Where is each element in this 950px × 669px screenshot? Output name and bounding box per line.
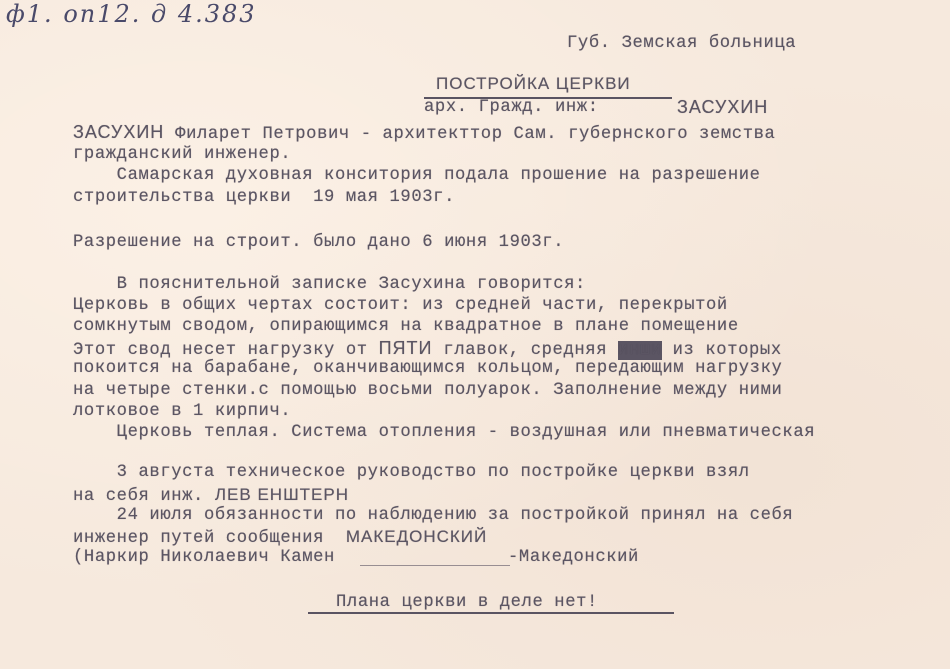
body-line-15: на себя инж. ЛЕВ ЕНШТЕРН (73, 485, 349, 506)
body-line-17-text: инженер путей сообщения (73, 529, 346, 548)
body-line-14: 3 августа техническое руководство по пос… (73, 463, 750, 482)
body-line-5: Разрешение на строит. было дано 6 июня 1… (73, 233, 564, 252)
body-line-9-caps: ПЯТИ (379, 338, 433, 358)
struck-through-word: инши (618, 341, 662, 360)
body-line-1-text: Филарет Петрович - архитекттор Сам. губе… (164, 125, 775, 144)
document-title: ПОСТРОЙКА ЦЕРКВИ (436, 74, 631, 94)
engineer-name-makedonsky: МАКЕДОНСКИЙ (346, 527, 487, 546)
body-line-12: лотковое в 1 кирпич. (73, 402, 291, 421)
institution-header: Губ. Земская больница (567, 34, 796, 53)
body-line-11: на четыре стенки.с помощью восьми полуар… (73, 381, 782, 400)
body-line-17: инженер путей сообщения МАКЕДОНСКИЙ (73, 527, 487, 548)
architect-label: арх. Гражд. инж: (424, 98, 599, 117)
body-line-9-text-a: Этот свод несет нагрузку от (73, 341, 379, 360)
body-line-7: Церковь в общих чертах состоит: из средн… (73, 296, 728, 315)
footer-note: Плана церкви в деле нет! (336, 593, 598, 612)
handwritten-archive-reference: ф1. оп12. д 4.383 (6, 0, 257, 28)
body-line-13: Церковь теплая. Система отопления - возд… (73, 423, 815, 442)
body-line-8: сомкнутым сводом, опирающимся на квадрат… (73, 317, 739, 336)
body-line-18a: (Наркир Николаевич Камен (73, 548, 335, 567)
blank-line-rule (360, 565, 510, 566)
architect-name: ЗАСУХИН (677, 97, 768, 118)
body-line-1: ЗАСУХИН Филарет Петрович - архитекттор С… (73, 122, 775, 144)
body-line-2: гражданский инженер. (73, 145, 291, 164)
body-line-16: 24 июля обязанности по наблюдению за пос… (73, 506, 793, 525)
body-line-15-text: на себя инж. (73, 487, 215, 506)
architect-surname: ЗАСУХИН (73, 122, 164, 142)
body-line-18b: -Македонский (508, 548, 639, 567)
body-line-9-text-b: главок, средняя (432, 341, 618, 360)
body-line-9-text-c: из которых (662, 341, 782, 360)
body-line-4: строительства церкви 19 мая 1903г. (73, 188, 455, 207)
body-line-10: покоится на барабане, оканчивающимся кол… (73, 359, 782, 378)
body-line-9: Этот свод несет нагрузку от ПЯТИ главок,… (73, 338, 782, 360)
engineer-name-enshtern: ЛЕВ ЕНШТЕРН (215, 485, 349, 504)
body-line-3: Самарская духовная конситория подала про… (73, 166, 761, 185)
archival-document-page: ф1. оп12. д 4.383 Губ. Земская больница … (0, 0, 950, 669)
body-line-6: В пояснительной записке Засухина говорит… (73, 275, 586, 294)
footer-underline (308, 612, 674, 614)
